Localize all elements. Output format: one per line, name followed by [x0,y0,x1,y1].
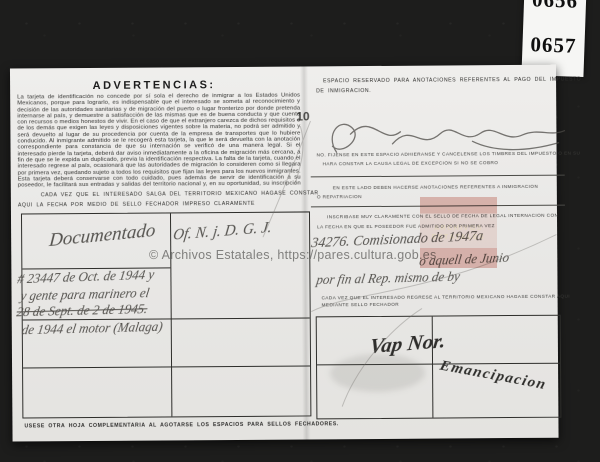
side-note-line1: EN ESTE LADO DEBEN HACERSE ANOTACIONES R… [333,184,538,190]
side-note-line2: O REPATRIACION [317,194,362,199]
archive-stamp-line2: ESTATALES [432,233,486,242]
footer-note: USESE OTRA HOJA COMPLEMENTARIA AL AGOTAR… [24,421,338,429]
page-number-previous: 0656 [524,0,587,14]
notice-paragraph: La tarjeta de identificación no concede … [17,93,301,189]
section-rule-1 [311,175,565,178]
page-number-current: 0657 [522,32,585,59]
handwriting-rep-line: por fin al Rep. mismo de by [315,269,461,289]
reserved-note-line1: ESPACIO RESERVADO PARA ANOTACIONES REFER… [323,77,581,85]
scanned-photo: 0656 0657 ADVERTENCIAS: La tarjeta de id… [0,0,600,462]
left-grid-row-line-3 [23,365,310,368]
stamps-note-line1: NO. FIJENSE EN ESTE ESPACIO ADHIERANSE Y… [317,151,581,158]
stamps-note-line2: HARA CONSTAR LA CAUSA LEGAL DE EXCEPCION… [323,160,499,166]
handwriting-struck-line: 28 de Sept. de 2 de 1945. [15,301,148,320]
exit-note-line1: CADA VEZ QUE EL INTERESADO SALGA DEL TER… [41,190,319,198]
return-note-line2: MEDIANTE SELLO FECHADOR [322,302,399,308]
signature-scrawl [322,93,573,170]
reserved-note-line2: DE INMIGRACION. [316,88,371,94]
archive-red-stamp: ARCHIVOS ESTATALES [420,197,497,268]
advertencias-title: ADVERTENCIAS: [12,79,296,93]
return-note-line1: CADA VEZ QUE EL INTERESADO REGRESE AL TE… [322,294,570,301]
archive-watermark-text: © Archivos Estatales, https://pares.cult… [149,248,437,262]
fold-stamp-number: 10 [296,109,309,123]
archive-stamp-line1: ARCHIVOS [434,224,483,233]
exit-note-line2: AQUI LA FECHA POR MEDIO DE SELLO FECHADO… [18,200,255,208]
